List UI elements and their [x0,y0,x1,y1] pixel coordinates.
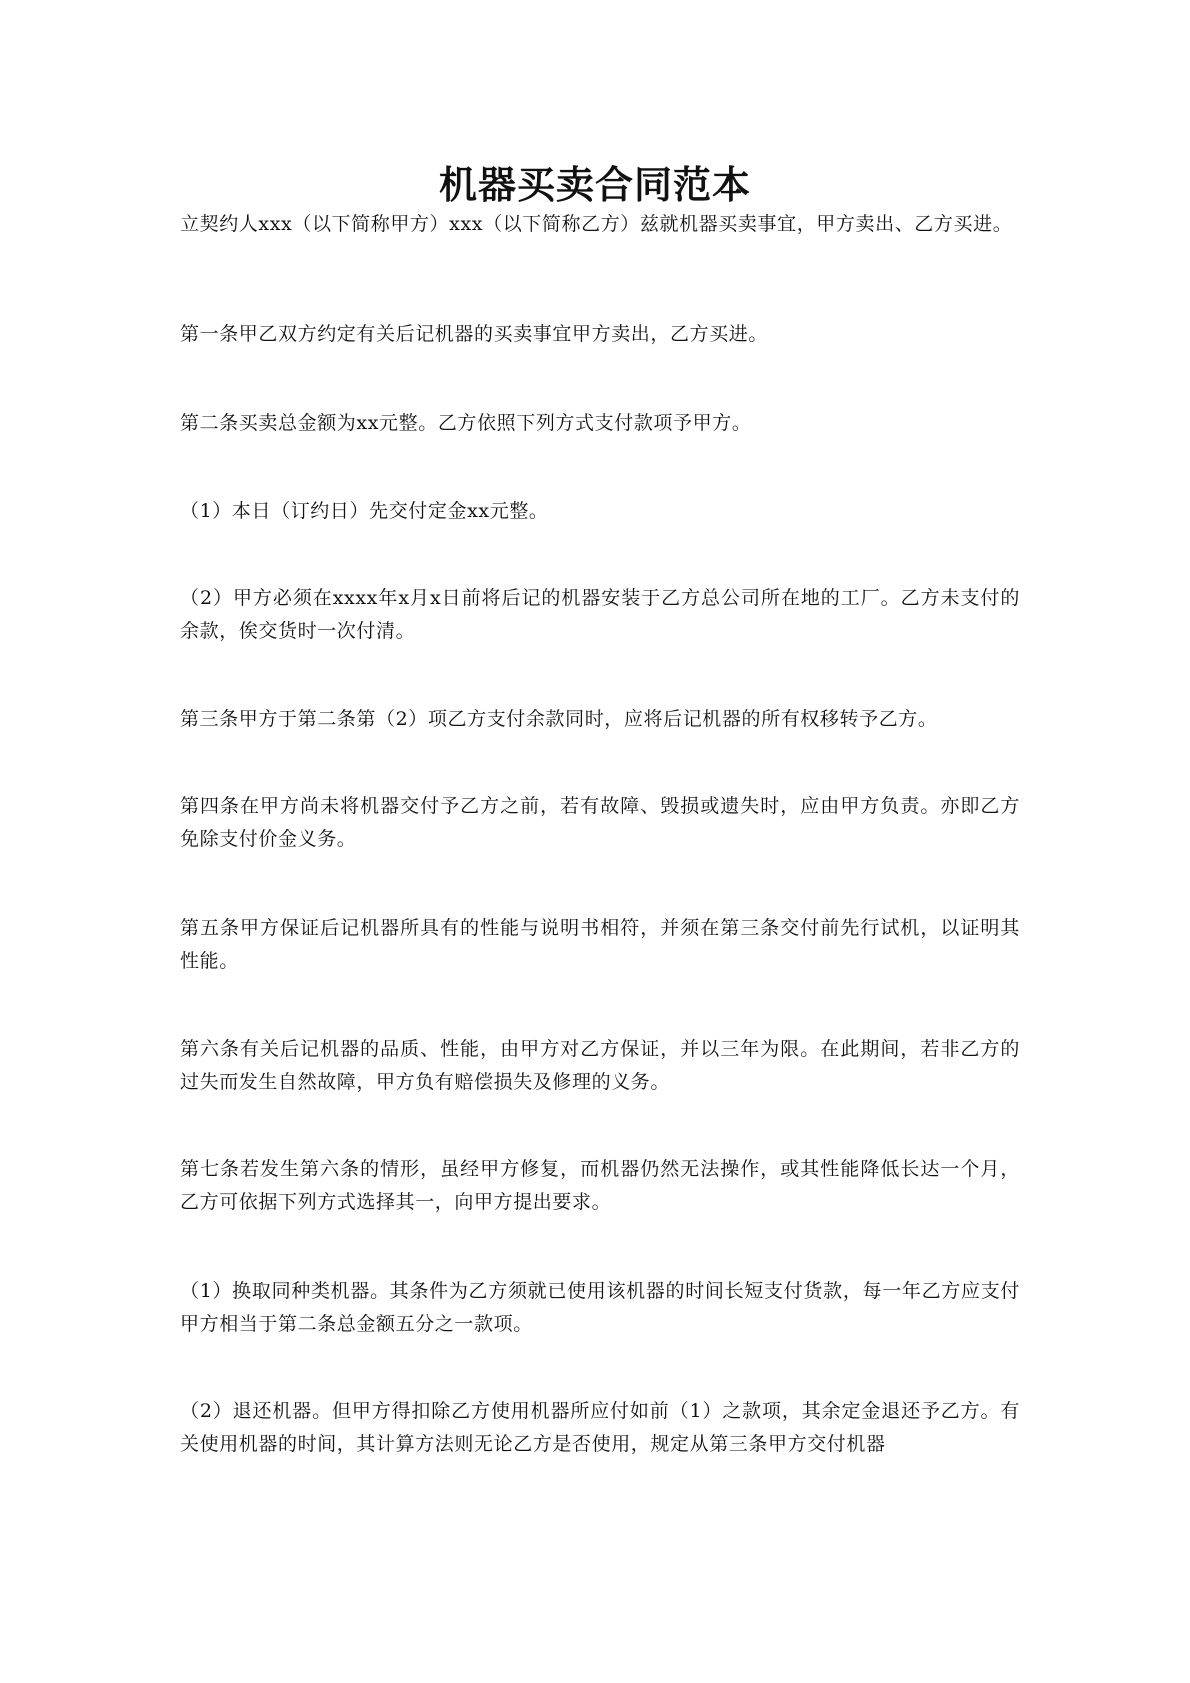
paragraph-article-2-item-2: （2）甲方必须在xxxx年x月x日前将后记的机器安装于乙方总公司所在地的工厂。乙… [180,582,1020,648]
paragraph-article-2: 第二条买卖总金额为xx元整。乙方依照下列方式支付款项予甲方。 [180,407,1020,440]
paragraph-article-1: 第一条甲乙双方约定有关后记机器的买卖事宜甲方卖出，乙方买进。 [180,318,1020,351]
paragraph-article-3: 第三条甲方于第二条第（2）项乙方支付余款同时，应将后记机器的所有权移转予乙方。 [180,703,1020,736]
document-title: 机器买卖合同范本 [0,162,1190,208]
paragraph-article-7: 第七条若发生第六条的情形，虽经甲方修复，而机器仍然无法操作，或其性能降低长达一个… [180,1153,1020,1219]
paragraph-article-4: 第四条在甲方尚未将机器交付予乙方之前，若有故障、毁损或遗失时，应由甲方负责。亦即… [180,790,1020,856]
paragraph-article-5: 第五条甲方保证后记机器所具有的性能与说明书相符，并须在第三条交付前先行试机，以证… [180,912,1020,978]
paragraph-article-7-item-2: （2）退还机器。但甲方得扣除乙方使用机器所应付如前（1）之款项，其余定金退还予乙… [180,1395,1020,1461]
paragraph-article-2-item-1: （1）本日（订约日）先交付定金xx元整。 [180,495,1020,528]
paragraph-article-6: 第六条有关后记机器的品质、性能，由甲方对乙方保证，并以三年为限。在此期间，若非乙… [180,1033,1020,1099]
document-page: 机器买卖合同范本 立契约人xxx（以下简称甲方）xxx（以下简称乙方）兹就机器买… [0,0,1190,1683]
paragraph-article-7-item-1: （1）换取同种类机器。其条件为乙方须就已使用该机器的时间长短支付货款，每一年乙方… [180,1275,1020,1341]
paragraph-preamble: 立契约人xxx（以下简称甲方）xxx（以下简称乙方）兹就机器买卖事宜，甲方卖出、… [180,208,1020,241]
